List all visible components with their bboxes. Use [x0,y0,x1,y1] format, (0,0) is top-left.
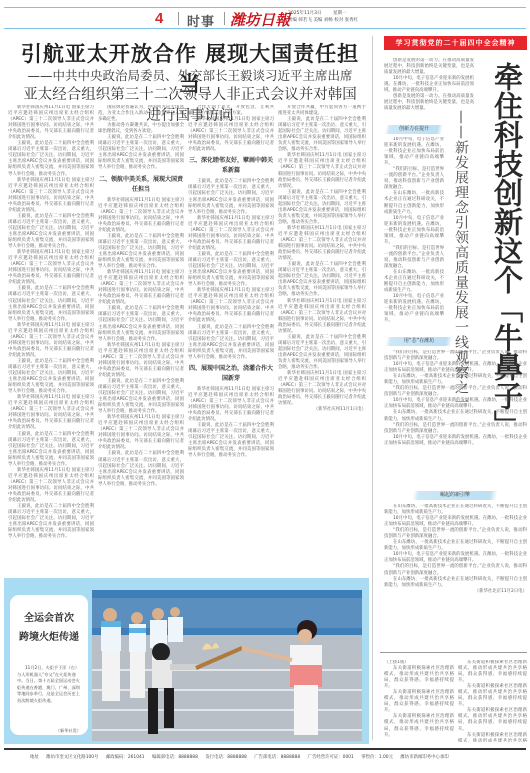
article-paragraph: 10月中旬，电子信息产业迎来新的发展机遇。在潍坊，一批科技企业正加快布局前沿领域… [384,294,444,322]
article-paragraph: 新华社韩国庆州11月1日电 国家主席习近平应邀赴韩国庆州出席亚太经合组织（APE… [8,105,94,141]
footer-ad-license: 广告经营许可证：0001 [308,755,354,760]
article-paragraph: “我们的目标，是打造世界一流的创新平台。”企业负责人说，推动科技创新与产业创新深… [384,167,444,191]
article-paragraph: 新华社韩国庆州11月1日电 国家主席习近平应邀赴韩国庆州出席亚太经合组织（APE… [278,226,366,262]
series-banner: 学习贯彻党的二十届四中全会精神 [384,36,527,50]
article-paragraph: 新华社韩国庆州11月1日电 国家主席习近平应邀赴韩国庆州出席亚太经合组织（APE… [8,323,94,359]
article-column-1: 新华社韩国庆州11月1日电 国家主席习近平应邀赴韩国庆州出席亚太经合组织（APE… [8,105,94,570]
article-paragraph: 东关街道积极探索社区治理新模式，推动形成共建共治共享格局，群众获得感、幸福感持续… [458,733,527,742]
article-paragraph: 新华社韩国庆州11月1日电 国家主席习近平应邀赴韩国庆州出席亚太经合组织（APE… [98,343,184,379]
article-subhead: 二、领航中美关系，展现大国责任担当 [98,175,184,195]
right-section-3: 在山东潍坊，一批高新技术企业正在通过科研攻关，不断提升自主创新能力，加快形成新质… [384,504,527,634]
article-paragraph: 东关街道积极探索社区治理新模式，推动形成共建共治共享格局，群众获得感、幸福感持续… [458,684,527,708]
photo-title-line-1: 全运会首次 [10,609,88,624]
article-paragraph: 王毅说，此访是在二十届四中全会胜利闭幕后习近平主席第一次出访，意义重大，引起国际… [278,117,366,153]
article-paragraph: 在山东潍坊，一批高新技术企业正在通过科研攻关，不断提升自主创新能力，加快形成新质… [384,504,527,516]
article-paragraph: 在山东潍坊，一批高新技术企业正在通过科研攻关，不断提升自主创新能力，加快形成新质… [384,270,444,294]
article-paragraph: 新华社韩国庆州11月1日电 国家主席习近平应邀赴韩国庆州出席亚太经合组织（APE… [8,468,94,504]
article-paragraph: “我们的目标，是打造世界一流的创新平台。”企业负责人说，推动科技创新与产业创新深… [384,350,527,362]
article-paragraph: 王毅说，此访是在二十届四中全会胜利闭幕后习近平主席第一次出访，意义重大，引起国际… [8,359,94,395]
footer-info: 地址 潍坊市奎文区文化路100号 邮政编码：261041 编辑部电话：88888… [30,754,510,760]
masthead-divider [178,12,179,25]
article-paragraph: 东关街道积极探索社区治理新模式，推动形成共建共治共享格局，群众获得感、幸福感持续… [384,714,454,738]
section-badge-3: 崛起的新引擎 [410,491,500,500]
page-number: 4 [155,10,163,27]
footer-postcode: 邮政编码：261041 [106,755,145,760]
date-text: 2025年11月3日 [288,11,322,16]
article-paragraph: 10月中旬，电子信息产业迎来新的发展机遇。在潍坊，一批科技企业正加快布局前沿领域… [384,362,527,374]
article-paragraph: 新华社韩国庆州11月1日电 国家主席习近平应邀赴韩国庆州出席亚太经合组织（APE… [188,216,274,252]
article-column-4: 开放合作共赢，中方愿同各方一道携手推进亚太共同体建设。 王毅说，此访是在二十届四… [278,105,366,570]
article-paragraph: 东关街道积极探索社区治理新模式，推动形成共建共治共享格局，群众获得感、幸福感持续… [458,708,527,732]
right-lead-paragraph: 创新是发展的第一动力。在推动高质量发展过程中，科技创新始终是关键变量，也是高质量… [384,58,474,118]
article-paragraph: 王毅说，此访是在二十届四中全会胜利闭幕后习近平主席第一次出访，意义重大，引起国际… [188,325,274,361]
article-paragraph: 王毅说，此访是在二十届四中全会胜利闭幕后习近平主席第一次出访，意义重大，引起国际… [98,451,184,487]
article-paragraph: 开放合作共赢，中方愿同各方一道携手推进亚太共同体建设。 [278,105,366,117]
paper-logo: 潍坊日報 [230,9,290,30]
main-subheadline-1: ——中共中央政治局委员、外交部长王毅谈习近平主席出席 [20,66,360,84]
article-paragraph: 王毅说，此访是在二十届四中全会胜利闭幕后习近平主席第一次出访，意义重大，引起国际… [278,335,366,371]
article-paragraph: 10月中旬，电子信息产业迎来新的发展机遇。在潍坊，一批科技企业正加快布局前沿领域… [384,137,444,167]
article-paragraph: 新华社韩国庆州11月1日电 国家主席习近平应邀赴韩国庆州出席亚太经合组织（APE… [98,198,184,234]
article-paragraph: 10月中旬，电子信息产业迎来新的发展机遇。在潍坊，一批科技企业正加快布局前沿领域… [384,398,527,410]
footer-address: 地址 潍坊市奎文区文化路100号 [30,755,98,760]
article-column-3: 合作大国于亚太，开放包容，互利共赢，各方高度关注中国方案。 新华社韩国庆州11月… [188,105,274,570]
section-badge-2: 用“芯”在潍坊 [384,337,454,346]
article-paragraph: “我们的目标，是打造世界一流的创新平台。”企业负责人说，推动科技创新与产业创新深… [384,246,444,270]
article-credit: （新华社北京11月2日电） [384,589,527,595]
weekday-text: 星期一 [333,11,347,16]
article-paragraph: 王毅说，此访是在二十届四中全会胜利闭幕后习近平主席第一次出访，意义重大，引起国际… [8,214,94,250]
section-badge-1: 创新力在提升 [384,125,444,134]
article-paragraph: 新华社韩国庆州11月1日电 国家主席习近平应邀赴韩国庆州出席亚太经合组织（APE… [8,395,94,431]
article-paragraph: 王毅说，此访是在二十届四中全会胜利闭幕后习近平主席第一次出访，意义重大，引起国际… [8,504,94,540]
article-paragraph: “我们的目标，是打造世界一流的创新平台。”企业负责人说，推动科技创新与产业创新深… [384,528,527,540]
article-paragraph: 王毅说，此访是在二十届四中全会胜利闭幕后习近平主席第一次出访，意义重大，引起国际… [278,190,366,226]
article-paragraph: 东关街道积极探索社区治理新模式，推动形成共建共治共享格局，群众获得感、幸福感持续… [384,690,454,714]
column-divider [372,36,373,740]
photo-title-line-2: 跨境火炬传递 [10,628,88,643]
article-paragraph: 新华社韩国庆州11月1日电 国家主席习近平应邀赴韩国庆州出席亚太经合组织（APE… [188,117,274,153]
masthead-top-rule [4,7,526,8]
article-paragraph: 王毅说，此访是在二十届四中全会胜利闭幕后习近平主席第一次出访，意义重大，引起国际… [98,379,184,415]
photo-illustration [92,590,362,741]
footer-rule [4,748,526,750]
torch-relay-photo [92,590,362,741]
article-paragraph: 为推动各方凝聚共识，中方提出加强全球治理倡议，受到各方欢迎。 [98,123,184,135]
article-paragraph: 新华社韩国庆州11月1日电 国家主席习近平应邀赴韩国庆州出席亚太经合组织（APE… [278,299,366,335]
article-paragraph: 王毅说，此访是在二十届四中全会胜利闭幕后习近平主席第一次出访，意义重大，引起国际… [188,423,274,459]
article-paragraph: 王毅说，此访是在二十届四中全会胜利闭幕后习近平主席第一次出访，意义重大，引起国际… [8,141,94,177]
article-paragraph: 新华社韩国庆州11月1日电 国家主席习近平应邀赴韩国庆州出席亚太经合组织（APE… [98,270,184,306]
article-paragraph: 在山东潍坊，一批高新技术企业正在通过科研攻关，不断提升自主创新能力，加快形成新质… [384,374,527,386]
right-section-2: “我们的目标，是打造世界一流的创新平台。”企业负责人说，推动科技创新与产业创新深… [384,350,527,490]
bottom-article-col-1: （上接1版） 东关街道积极探索社区治理新模式，推动形成共建共治共享格局，群众获得… [384,660,454,742]
article-paragraph: 新华社韩国庆州11月1日电 国家主席习近平应邀赴韩国庆州出席亚太经合组织（APE… [8,250,94,286]
article-paragraph: 新华社韩国庆州11月1日电 国家主席习近平应邀赴韩国庆州出席亚太经合组织（APE… [8,178,94,214]
article-paragraph: 10月中旬，电子信息产业迎来新的发展机遇。在潍坊，一批科技企业正加快布局前沿领域… [384,216,444,246]
article-paragraph: 创新是发展的第一动力。在推动高质量发展过程中，科技创新始终是关键变量，也是高质量… [384,58,474,76]
photo-credit: （新华社发） [17,728,81,734]
photo-caption-text: 11月2日，火炬手于洋（右）与人形机器人“夸父”在火炬传递中。当日，第十五届全国… [17,665,81,704]
article-paragraph: 新华社韩国庆州11月1日电 国家主席习近平应邀赴韩国庆州出席亚太经合组织（APE… [98,415,184,451]
article-paragraph: “我们的目标，是打造世界一流的创新平台。”企业负责人说，推动科技创新与产业创新深… [384,386,527,398]
article-paragraph: 10月中旬，电子信息产业迎来新的发展机遇。在潍坊，一批科技企业正加快布局前沿领域… [384,552,527,564]
article-paragraph: 王毅说，此访是在二十届四中全会胜利闭幕后习近平主席第一次出访，意义重大，引起国际… [188,252,274,288]
article-paragraph: 10月中旬，电子信息产业迎来新的发展机遇。在潍坊，一批科技企业正加快布局前沿领域… [384,435,527,447]
article-paragraph: 合作大国于亚太，开放包容，互利共赢，各方高度关注中国方案。 [188,105,274,117]
article-credit: （新华社庆州11月1日电） [278,407,366,413]
article-paragraph: 王毅说，此访是在二十届四中全会胜利闭幕后习近平主席第一次出访，意义重大，引起国际… [98,306,184,342]
article-paragraph: 王毅说，此访是在二十届四中全会胜利闭幕后习近平主席第一次出访，意义重大，引起国际… [8,286,94,322]
article-paragraph: 国际舆论普遍认为，中国所方向大国风范，为亚太合作注入新动力，为世界注入更多确定性… [98,105,184,123]
article-paragraph: 东关街道积极探索社区治理新模式，推动形成共建共治共享格局，群众获得感、幸福感持续… [384,666,454,690]
footer-circulation-phone: 发行电话：8888888 [205,755,247,760]
article-paragraph: 在山东潍坊，一批高新技术企业正在通过科研攻关，不断提升自主创新能力，加快形成新质… [384,191,444,215]
article-paragraph: 东关街道积极探索社区治理新模式，推动形成共建共治共享格局，群众获得感、幸福感持续… [458,660,527,684]
article-column-2: 国际舆论普遍认为，中国所方向大国风范，为亚太合作注入新动力，为世界注入更多确定性… [98,105,184,570]
article-paragraph: 在山东潍坊，一批高新技术企业正在通过科研攻关，不断提升自主创新能力，加快形成新质… [384,410,527,422]
footer-ad-phone: 广告部电话：8888888 [254,755,300,760]
footer-printer: 潍坊市新闻印务中心承印 [400,755,448,760]
article-paragraph: 在山东潍坊，一批高新技术企业正在通过科研攻关，不断提升自主创新能力，加快形成新质… [384,577,527,589]
article-paragraph: “我们的目标，是打造世界一流的创新平台。”企业负责人说，推动科技创新与产业创新深… [384,423,527,435]
section-rule [380,652,527,653]
article-paragraph: 王毅说，此访是在二十届四中全会胜利闭幕后习近平主席第一次出访，意义重大，引起国际… [278,262,366,298]
article-subhead: 四、展现中国之治，浇灌合作大国新芽 [188,364,274,384]
bottom-article-col-2: 东关街道积极探索社区治理新模式，推动形成共建共治共享格局，群众获得感、幸福感持续… [458,660,527,742]
article-paragraph: 10月中旬，电子信息产业迎来新的发展机遇。在潍坊，一批科技企业正加快布局前沿领域… [384,76,474,94]
article-paragraph: 王毅说，此访是在二十届四中全会胜利闭幕后习近平主席第一次出访，意义重大，引起国际… [188,179,274,215]
editors-credit: 责编 韩若飞 美编 刘畅 校对 张秀红 [288,17,358,23]
article-paragraph: 10月中旬，电子信息产业迎来新的发展机遇。在潍坊，一批科技企业正加快布局前沿领域… [384,516,527,528]
article-paragraph: “我们的目标，是打造世界一流的创新平台。”企业负责人说，推动科技创新与产业创新深… [384,564,527,576]
article-paragraph: 王毅说，此访是在二十届四中全会胜利闭幕后习近平主席第一次出访，意义重大，引起国际… [8,432,94,468]
article-paragraph: 新华社韩国庆州11月1日电 国家主席习近平应邀赴韩国庆州出席亚太经合组织（APE… [278,153,366,189]
masthead-bottom-rule [4,28,526,29]
article-paragraph: 在山东潍坊，一批高新技术企业正在通过科研攻关，不断提升自主创新能力，加快形成新质… [384,540,527,552]
article-paragraph: 新华社韩国庆州11月1日电 国家主席习近平应邀赴韩国庆州出席亚太经合组织（APE… [188,288,274,324]
article-paragraph: 王毅说，此访是在二十届四中全会胜利闭幕后习近平主席第一次出访，意义重大，引起国际… [98,135,184,171]
article-paragraph: 新华社韩国庆州11月1日电 国家主席习近平应邀赴韩国庆州出席亚太经合组织（APE… [188,387,274,423]
issue-date: 2025年11月3日 星期一 [288,10,347,16]
article-subhead: 三、深化睦邻友好，擘画中韩关系新篇 [188,156,274,176]
footer-price: 零售价：1.00元 [361,755,393,760]
masthead-divider [224,12,225,25]
article-paragraph: 新华社韩国庆州11月1日电 国家主席习近平应邀赴韩国庆州出席亚太经合组织（APE… [278,371,366,407]
footer-editorial-phone: 编辑部电话：8888888 [152,755,198,760]
article-paragraph: 王毅说，此访是在二十届四中全会胜利闭幕后习近平主席第一次出访，意义重大，引起国际… [98,234,184,270]
right-section-1: 10月中旬，电子信息产业迎来新的发展机遇。在潍坊，一批科技企业正加快布局前沿领域… [384,137,444,322]
